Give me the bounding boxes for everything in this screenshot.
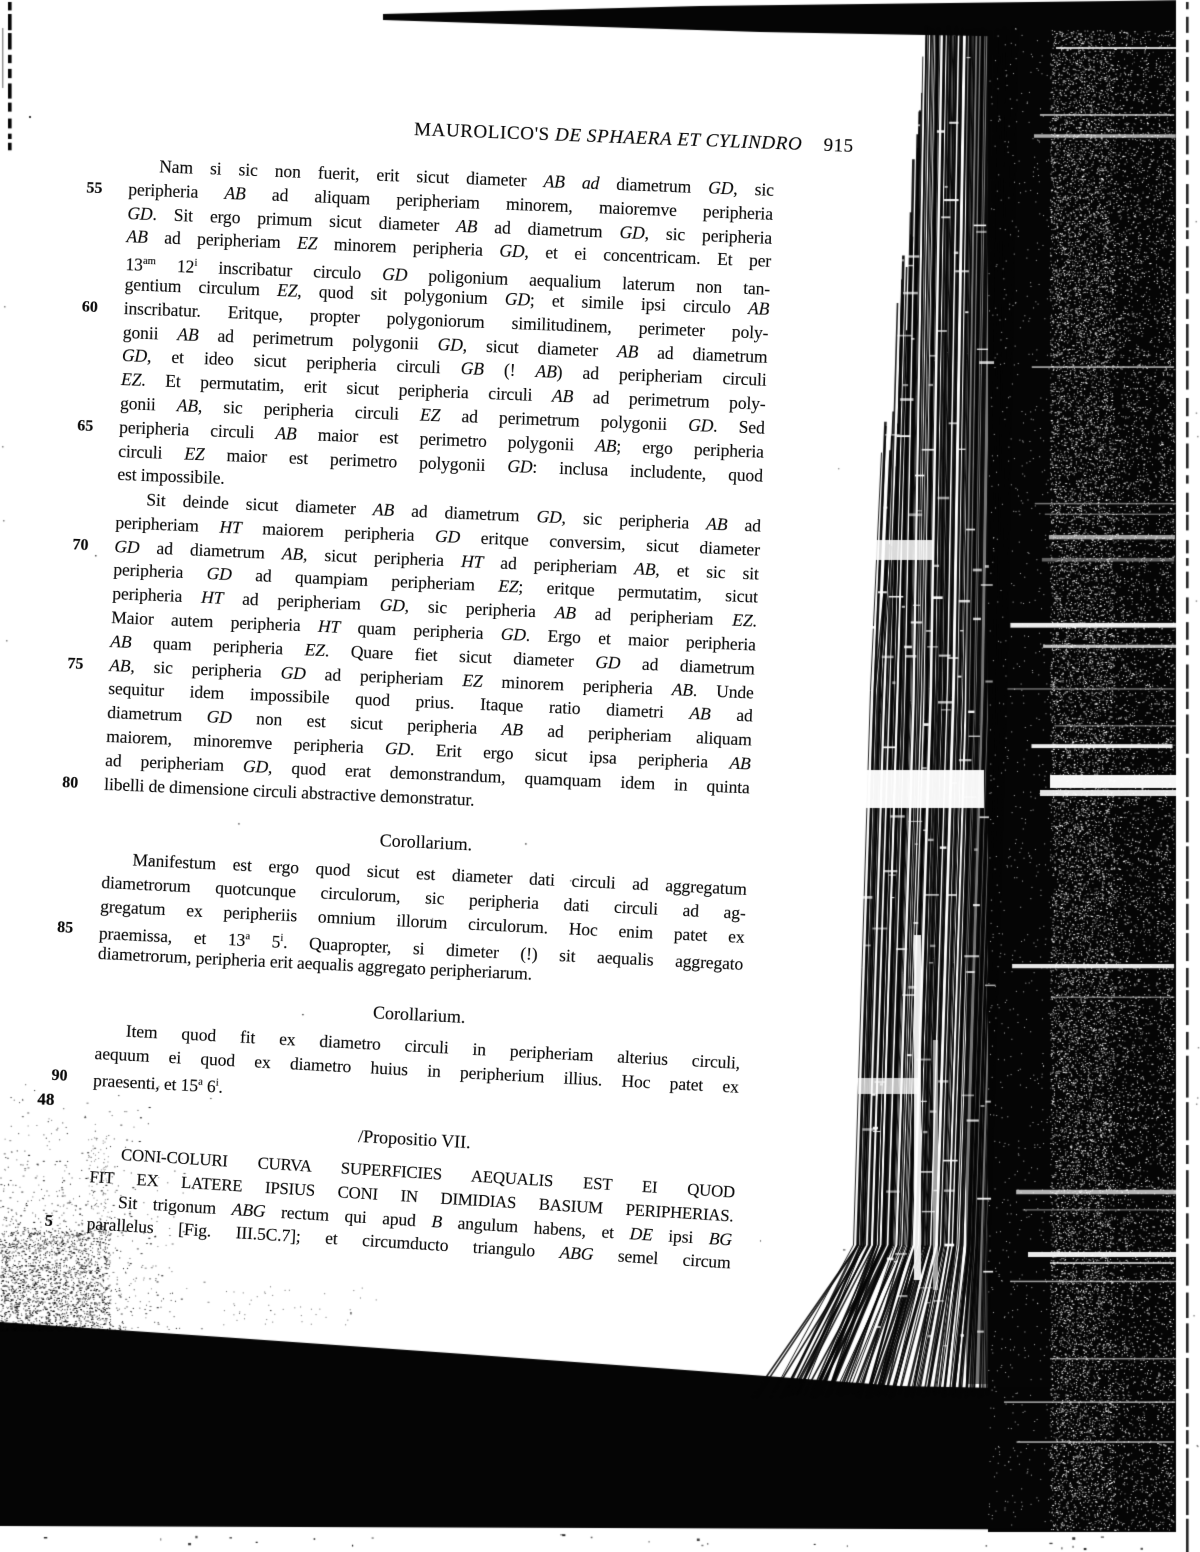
line-text: est impossibile. bbox=[117, 464, 225, 488]
page-sheet: MAUROLICO'S DE SPHAERA ET CYLINDRO 915 N… bbox=[56, 95, 854, 1263]
text-column: Nam si sic non fuerit, erit sicut diamet… bbox=[56, 153, 852, 1263]
page-number: 915 bbox=[823, 135, 854, 157]
margin-line-number: 80 bbox=[62, 771, 95, 796]
running-header-title: DE SPHAERA ET CYLINDRO bbox=[555, 125, 803, 155]
margin-line-number: 75 bbox=[67, 652, 100, 677]
margin-line-number: 55 bbox=[86, 176, 119, 201]
line-text: praesenti, et 15a 6i. bbox=[93, 1070, 224, 1097]
margin-line-number: 65 bbox=[77, 414, 110, 439]
stray-margin-number: 48 bbox=[37, 1089, 55, 1110]
margin-line-number: 85 bbox=[57, 916, 90, 941]
margin-line-number: 5 bbox=[44, 1210, 77, 1236]
paragraph: Sit deinde sicut diameter AB ad diametru… bbox=[72, 486, 762, 824]
margin-line-number: 90 bbox=[51, 1063, 84, 1088]
margin-line-number: 60 bbox=[81, 295, 114, 320]
margin-line-number: 70 bbox=[72, 533, 105, 558]
scanned-book-page: { "header": { "work": "MAUROLICO'S", "ti… bbox=[0, 0, 1200, 1552]
running-header-work: MAUROLICO'S bbox=[414, 119, 550, 145]
paragraph: Nam si sic non fuerit, erit sicut diamet… bbox=[85, 153, 774, 512]
paragraph: Manifestum est ergo quod sicut est diame… bbox=[65, 845, 747, 996]
